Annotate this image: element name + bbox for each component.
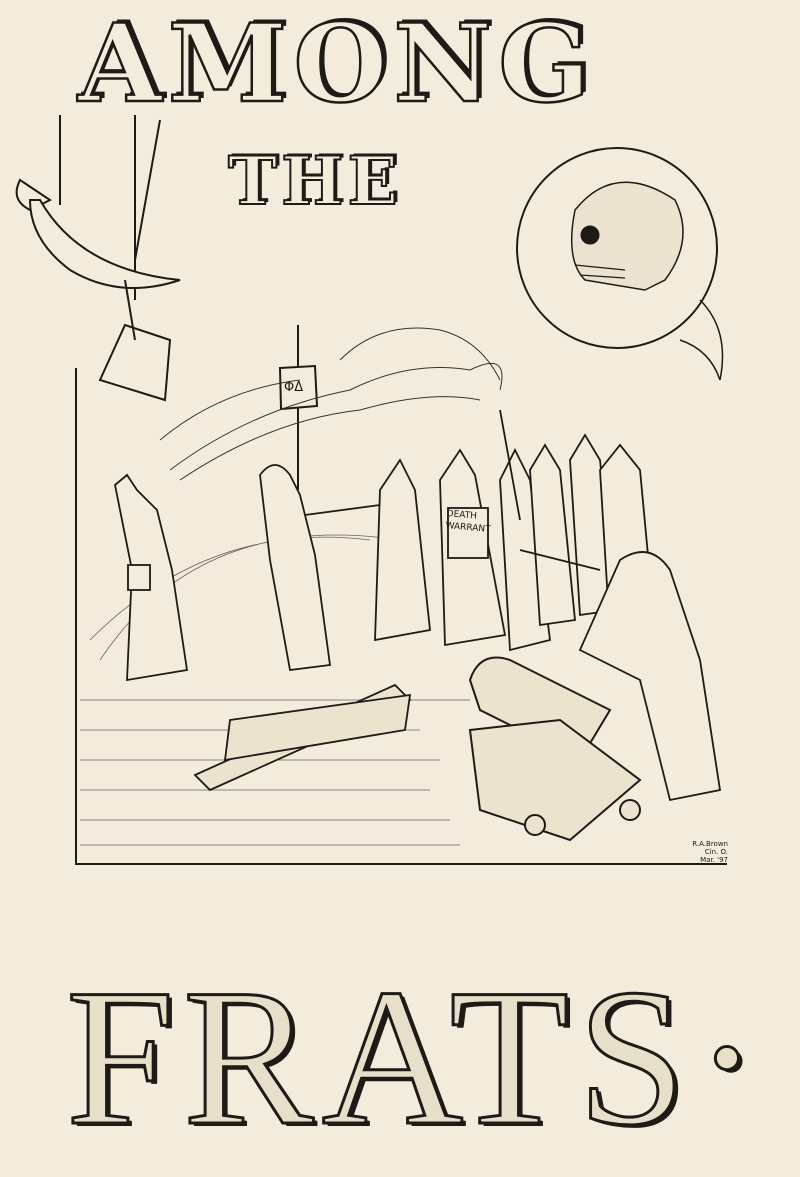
title-the: THE [228,148,402,214]
artist-signature: R.A.Brown Cin. O. Mar. '97 [668,840,728,864]
signature-name: R.A.Brown [668,840,728,848]
title-frats-dot: · [694,949,767,1166]
book-page: AMONG THE ΦΔ DEATH WARRANT R.A.Brown Cin… [0,0,800,1177]
illustration-frame [75,368,727,865]
title-among: AMONG [78,10,596,118]
title-frats-word: FRATS [66,949,694,1166]
title-frats: FRATS· [66,960,768,1156]
hanging-sword-axe-icon [17,115,180,400]
signature-date: Mar. '97 [668,856,728,864]
post-sign-label: ΦΔ [284,380,303,395]
skull-medallion-icon [517,148,723,380]
death-warrant-label: DEATH WARRANT [445,508,492,536]
signature-place: Cin. O. [668,848,728,856]
